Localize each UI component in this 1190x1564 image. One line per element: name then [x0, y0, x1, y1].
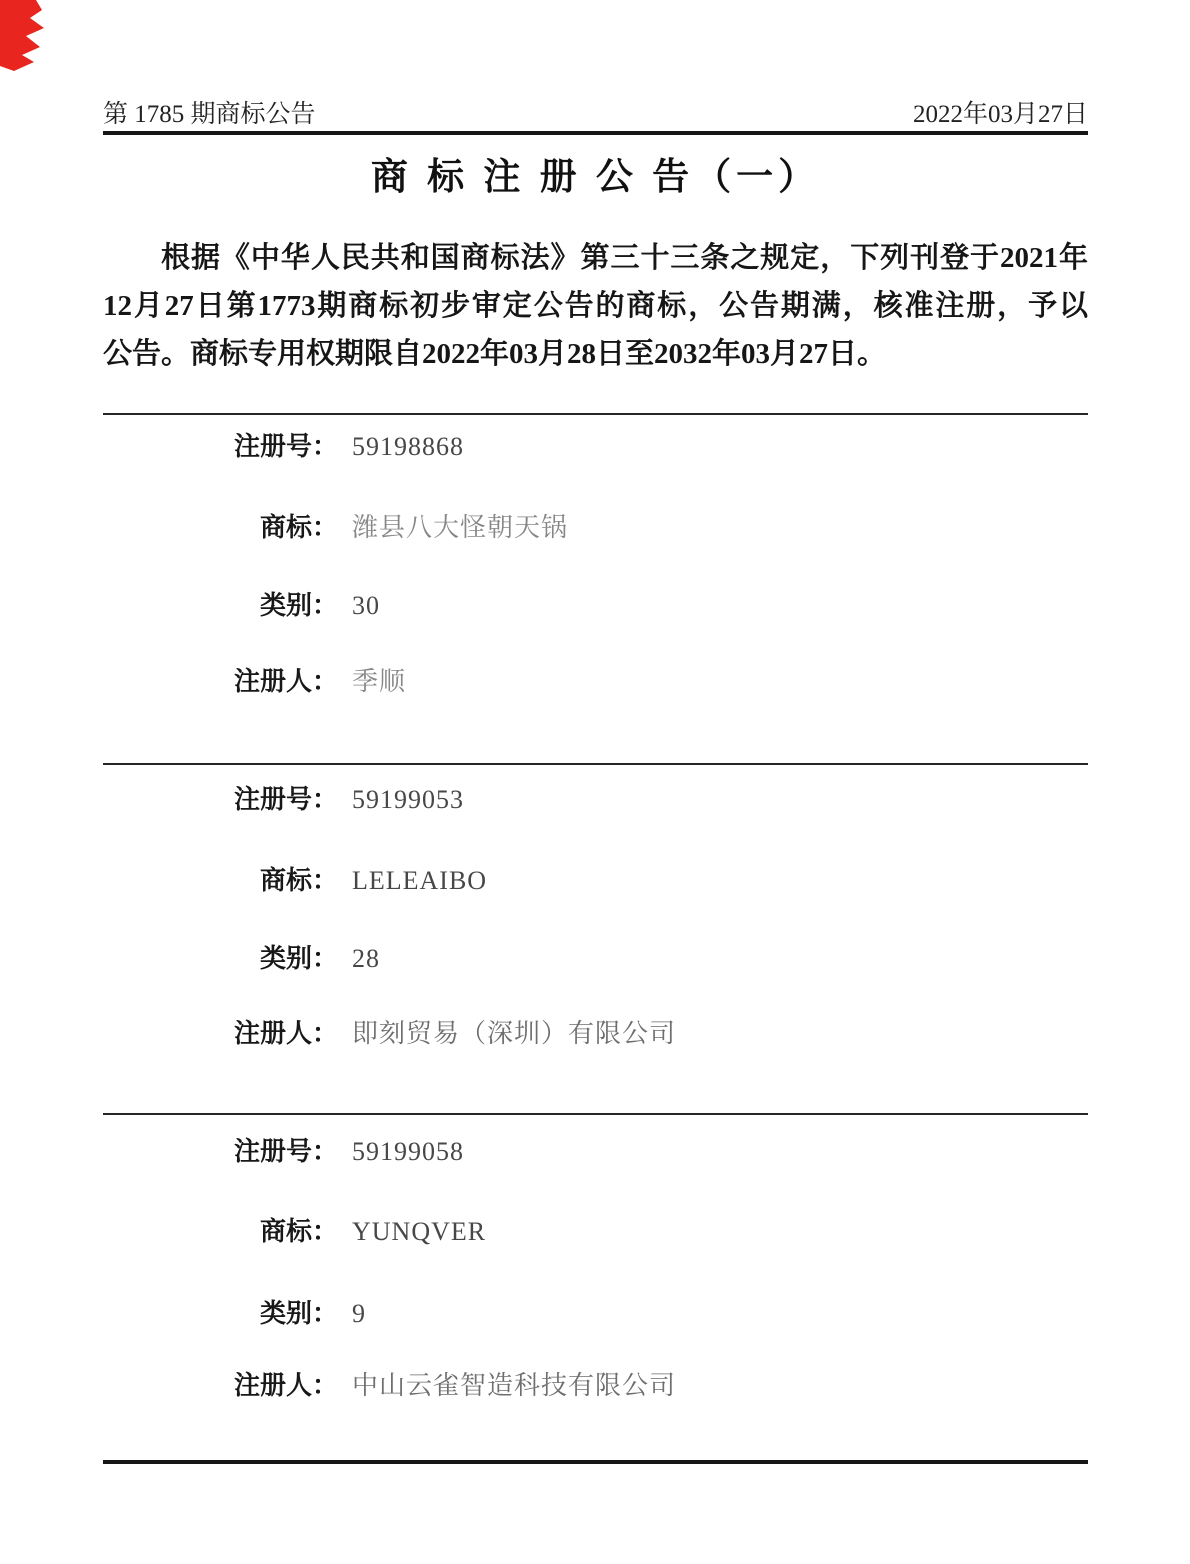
intro-line-3: 公告。商标专用权期限自2022年03月28日至2032年03月27日。 [103, 330, 1088, 378]
reg-no-value: 59199058 [352, 1135, 464, 1169]
red-ink-corner-mark [0, 0, 50, 72]
class-label: 类别： [103, 1297, 338, 1331]
registrant-value: 中山云雀智造科技有限公司 [352, 1369, 676, 1403]
record-3-trademark-row: 商标： YUNQVER [0, 1215, 1190, 1249]
reg-no-value: 59199053 [352, 783, 464, 817]
page-title: 商 标 注 册 公 告（一） [103, 146, 1088, 200]
trademark-value: 潍县八大怪朝天锅 [352, 511, 568, 545]
class-value: 28 [352, 942, 380, 976]
header-rule [103, 131, 1088, 135]
registrant-label: 注册人： [103, 1017, 338, 1051]
record-1-class-row: 类别： 30 [0, 589, 1190, 623]
trademark-label: 商标： [103, 1215, 338, 1249]
intro-line-1: 根据《中华人民共和国商标法》第三十三条之规定，下列刊登于2021年 [103, 234, 1088, 282]
record-separator-1 [103, 413, 1088, 415]
page-header: 第 1785 期商标公告 2022年03月27日 [103, 94, 1088, 130]
header-date: 2022年03月27日 [913, 94, 1088, 130]
trademark-value: LELEAIBO [352, 864, 487, 898]
class-label: 类别： [103, 942, 338, 976]
reg-no-value: 59198868 [352, 430, 464, 464]
page-bottom-rule [103, 1460, 1088, 1464]
intro-paragraph: 根据《中华人民共和国商标法》第三十三条之规定，下列刊登于2021年 12月27日… [103, 234, 1088, 378]
record-2-trademark-row: 商标： LELEAIBO [0, 864, 1190, 898]
gazette-page: 第 1785 期商标公告 2022年03月27日 商 标 注 册 公 告（一） … [0, 0, 1190, 1564]
registrant-value: 季顺 [352, 665, 406, 699]
record-separator-3 [103, 1113, 1088, 1115]
intro-line-2: 12月27日第1773期商标初步审定公告的商标，公告期满，核准注册，予以 [103, 282, 1088, 330]
reg-no-label: 注册号： [103, 1135, 338, 1169]
trademark-label: 商标： [103, 511, 338, 545]
record-2-registrant-row: 注册人： 即刻贸易（深圳）有限公司 [0, 1017, 1190, 1051]
record-separator-2 [103, 763, 1088, 765]
reg-no-label: 注册号： [103, 783, 338, 817]
record-2-class-row: 类别： 28 [0, 942, 1190, 976]
record-1-registrant-row: 注册人： 季顺 [0, 665, 1190, 699]
record-2-reg-no-row: 注册号： 59199053 [0, 783, 1190, 817]
record-3-registrant-row: 注册人： 中山云雀智造科技有限公司 [0, 1369, 1190, 1403]
header-issue-label: 第 1785 期商标公告 [103, 94, 316, 130]
registrant-label: 注册人： [103, 665, 338, 699]
trademark-value: YUNQVER [352, 1215, 486, 1249]
class-label: 类别： [103, 589, 338, 623]
class-value: 9 [352, 1297, 366, 1331]
red-ink-corner-mark-shape [0, 0, 44, 71]
record-1-trademark-row: 商标： 潍县八大怪朝天锅 [0, 511, 1190, 545]
registrant-label: 注册人： [103, 1369, 338, 1403]
class-value: 30 [352, 589, 380, 623]
record-3-reg-no-row: 注册号： 59199058 [0, 1135, 1190, 1169]
reg-no-label: 注册号： [103, 430, 338, 464]
trademark-label: 商标： [103, 864, 338, 898]
record-3-class-row: 类别： 9 [0, 1297, 1190, 1331]
registrant-value: 即刻贸易（深圳）有限公司 [352, 1017, 676, 1051]
record-1-reg-no-row: 注册号： 59198868 [0, 430, 1190, 464]
